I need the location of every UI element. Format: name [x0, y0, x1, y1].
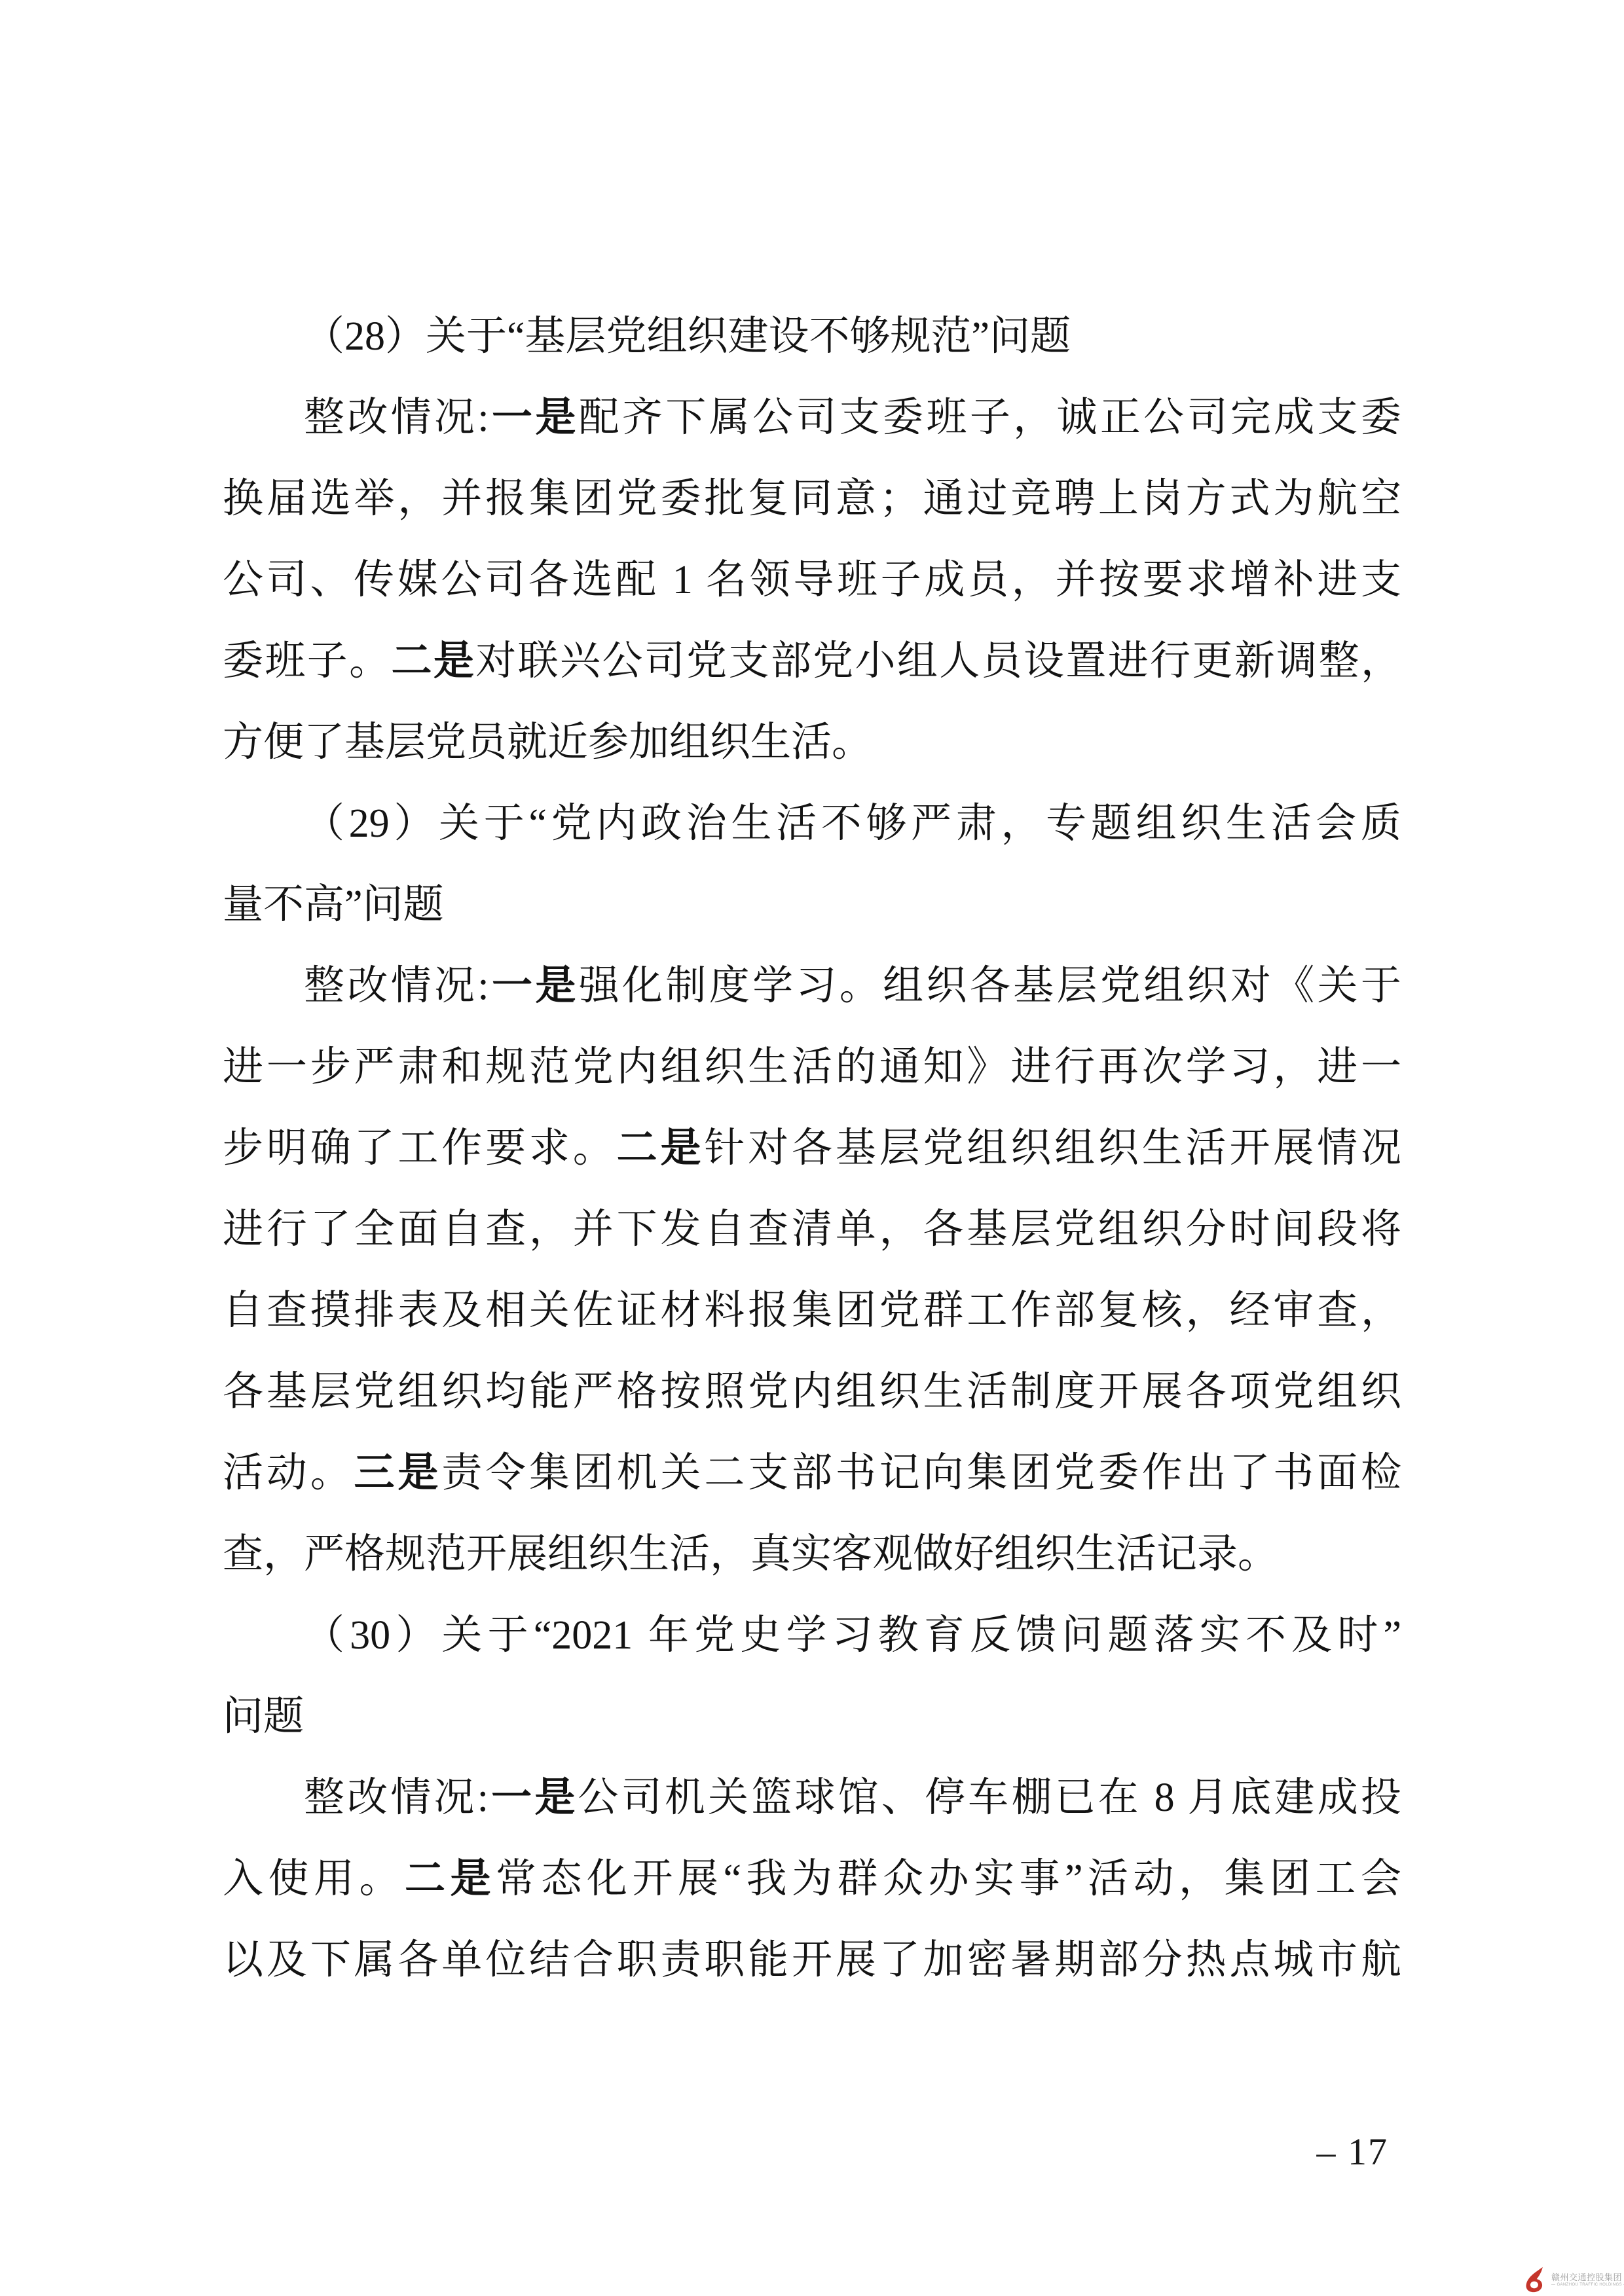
heading-line: 问题 [223, 1676, 1401, 1757]
text-run: 活动。 [223, 1451, 354, 1495]
text-run: （30）关于“2021 年党史学习教育反馈问题落实不及时” [304, 1613, 1401, 1658]
text-run: 以及下属各单位结合职责职能开展了加密暑期部分热点城市航 [223, 1938, 1401, 1982]
text-run: 整改情况: [304, 395, 489, 440]
emphasis-text: 一是 [489, 964, 579, 1008]
text-run: 查，严格规范开展组织生活，真实客观做好组织生活记录。 [223, 1532, 1278, 1576]
text-run: 公司、传媒公司各选配 1 名领导班子成员，并按要求增补进支 [223, 558, 1401, 602]
text-line: 查，严格规范开展组织生活，真实客观做好组织生活记录。 [223, 1514, 1401, 1595]
page-number: – 17 [1244, 2129, 1388, 2175]
text-run: （28）关于“基层党组织建设不够规范”问题 [304, 314, 1071, 359]
text-run: 量不高”问题 [223, 883, 444, 927]
text-run: 整改情况: [304, 964, 489, 1008]
brand-logo-texts: 赣州交通控股集团 — GANZHOU TRAFFIC HOLDINGS — [1551, 2272, 1624, 2287]
text-line: 活动。三是责令集团机关二支部书记向集团党委作出了书面检 [223, 1432, 1401, 1514]
text-block: （28）关于“基层党组织建设不够规范”问题整改情况:一是配齐下属公司支委班子，诚… [223, 296, 1401, 2001]
text-run: （29）关于“党内政治生活不够严肃，专题组织生活会质 [304, 801, 1401, 846]
text-run: 进一步严肃和规范党内组织生活的通知》进行再次学习，进一 [223, 1045, 1401, 1089]
heading-line: （29）关于“党内政治生活不够严肃，专题组织生活会质 [223, 783, 1401, 864]
text-line: 整改情况:一是强化制度学习。组织各基层党组织对《关于 [223, 945, 1401, 1027]
text-run: 责令集团机关二支部书记向集团党委作出了书面检 [441, 1451, 1401, 1495]
text-line: 方便了基层党员就近参加组织生活。 [223, 702, 1401, 783]
text-run: 方便了基层党员就近参加组织生活。 [223, 720, 872, 765]
text-line: 整改情况:一是公司机关篮球馆、停车棚已在 8 月底建成投 [223, 1757, 1401, 1838]
text-run: 问题 [223, 1694, 304, 1739]
document-page: （28）关于“基层党组织建设不够规范”问题整改情况:一是配齐下属公司支委班子，诚… [0, 0, 1624, 2296]
text-run: 入使用。 [223, 1857, 405, 1901]
text-run: 配齐下属公司支委班子，诚正公司完成支委 [579, 395, 1401, 440]
emphasis-text: 二是 [391, 639, 475, 683]
text-run: 步明确了工作要求。 [223, 1126, 617, 1171]
emphasis-text: 一是 [489, 395, 579, 440]
text-run: 委班子。 [223, 639, 391, 683]
body-paragraph: 整改情况:一是配齐下属公司支委班子，诚正公司完成支委换届选举，并报集团党委批复同… [223, 377, 1401, 783]
emphasis-text: 一是 [489, 1776, 578, 1820]
text-run: 公司机关篮球馆、停车棚已在 8 月底建成投 [578, 1776, 1401, 1820]
emphasis-text: 三是 [354, 1451, 442, 1495]
logo-cn-text: 赣州交通控股集团 [1551, 2272, 1624, 2282]
logo-en-text: — GANZHOU TRAFFIC HOLDINGS — [1551, 2282, 1624, 2287]
text-run: 常态化开展“我为群众办实事”活动，集团工会 [496, 1857, 1401, 1901]
heading-paragraph: （28）关于“基层党组织建设不够规范”问题 [223, 296, 1401, 377]
red-swoosh-6-icon [1524, 2267, 1547, 2293]
text-line: 步明确了工作要求。二是针对各基层党组织组织生活开展情况 [223, 1108, 1401, 1189]
text-line: 整改情况:一是配齐下属公司支委班子，诚正公司完成支委 [223, 377, 1401, 458]
emphasis-text: 二是 [617, 1126, 705, 1171]
text-line: 换届选举，并报集团党委批复同意；通过竞聘上岗方式为航空 [223, 458, 1401, 539]
text-run: 换届选举，并报集团党委批复同意；通过竞聘上岗方式为航空 [223, 477, 1401, 521]
brand-logo: 赣州交通控股集团 — GANZHOU TRAFFIC HOLDINGS — [1524, 2267, 1624, 2293]
text-line: 委班子。二是对联兴公司党支部党小组人员设置进行更新调整， [223, 621, 1401, 702]
text-line: 入使用。二是常态化开展“我为群众办实事”活动，集团工会 [223, 1838, 1401, 1920]
heading-line: （28）关于“基层党组织建设不够规范”问题 [223, 296, 1401, 377]
heading-line: 量不高”问题 [223, 864, 1401, 945]
text-run: 强化制度学习。组织各基层党组织对《关于 [579, 964, 1401, 1008]
text-run: 整改情况: [304, 1776, 489, 1820]
text-line: 进行了全面自查，并下发自查清单，各基层党组织分时间段将 [223, 1189, 1401, 1270]
text-line: 以及下属各单位结合职责职能开展了加密暑期部分热点城市航 [223, 1920, 1401, 2001]
text-run: 自查摸排表及相关佐证材料报集团党群工作部复核，经审查， [223, 1288, 1401, 1333]
text-run: 对联兴公司党支部党小组人员设置进行更新调整， [475, 639, 1401, 683]
heading-paragraph: （29）关于“党内政治生活不够严肃，专题组织生活会质量不高”问题 [223, 783, 1401, 945]
heading-paragraph: （30）关于“2021 年党史学习教育反馈问题落实不及时”问题 [223, 1595, 1401, 1757]
emphasis-text: 二是 [405, 1857, 496, 1901]
text-line: 公司、传媒公司各选配 1 名领导班子成员，并按要求增补进支 [223, 539, 1401, 621]
text-line: 自查摸排表及相关佐证材料报集团党群工作部复核，经审查， [223, 1270, 1401, 1351]
text-run: 进行了全面自查，并下发自查清单，各基层党组织分时间段将 [223, 1207, 1401, 1252]
text-line: 进一步严肃和规范党内组织生活的通知》进行再次学习，进一 [223, 1027, 1401, 1108]
text-line: 各基层党组织均能严格按照党内组织生活制度开展各项党组织 [223, 1351, 1401, 1432]
heading-line: （30）关于“2021 年党史学习教育反馈问题落实不及时” [223, 1595, 1401, 1676]
body-paragraph: 整改情况:一是公司机关篮球馆、停车棚已在 8 月底建成投入使用。二是常态化开展“… [223, 1757, 1401, 2001]
body-paragraph: 整改情况:一是强化制度学习。组织各基层党组织对《关于进一步严肃和规范党内组织生活… [223, 945, 1401, 1595]
text-run: 针对各基层党组织组织生活开展情况 [704, 1126, 1401, 1171]
text-run: 各基层党组织均能严格按照党内组织生活制度开展各项党组织 [223, 1370, 1401, 1414]
